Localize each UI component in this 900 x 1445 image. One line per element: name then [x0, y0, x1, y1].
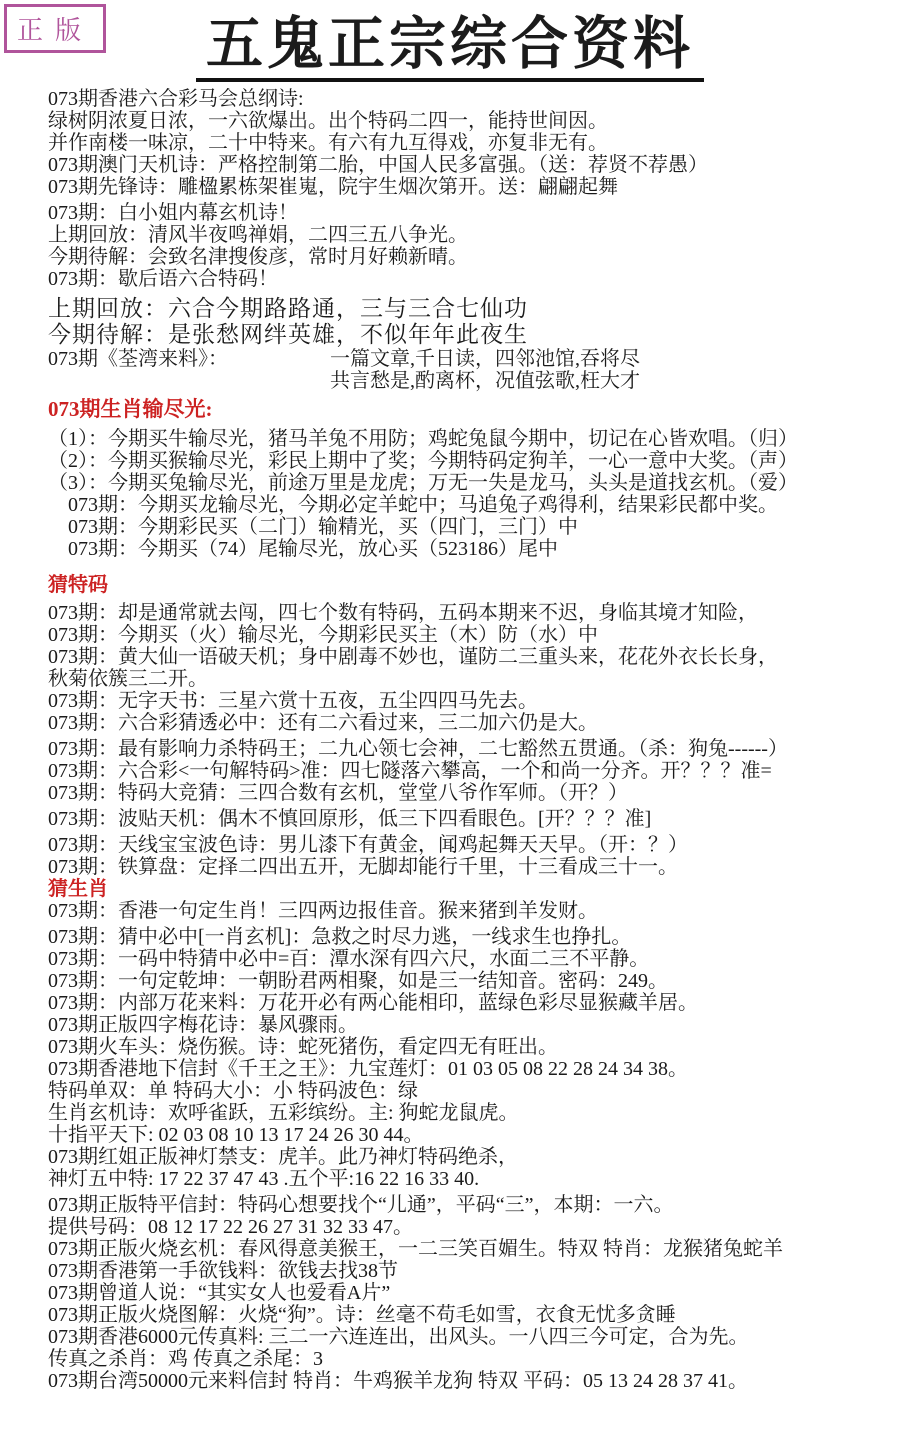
text-line: （2）：今期买猴输尽光，彩民上期中了奖；今期特码定狗羊，一心一意中大奖。（声）	[48, 450, 894, 472]
text-line: 073期：内部万花来料：万花开必有两心能相印，蓝绿色彩尽显猴藏羊居。	[48, 992, 894, 1014]
text-line: 073期香港第一手欲钱料：欲钱去找38节	[48, 1260, 894, 1282]
quanwan-verse: 一篇文章,千日读，四邻池馆,吞将尽	[330, 348, 640, 370]
text-line: 073期：六合彩<一句解特码>准：四七隧落六攀高，一个和尚一分齐。开？？？准=	[48, 760, 894, 782]
text-line: 073期：歇后语六合特码！	[48, 268, 894, 290]
text-line: 073期：无字天书：三星六赏十五夜，五尘四四马先去。	[48, 690, 894, 712]
text-line: 073期：特码大竞猜：三四合数有玄机，堂堂八爷作军师。（开？）	[48, 782, 894, 804]
text-line: 绿树阴浓夏日浓，一六欲爆出。出个特码二四一，能持世间因。	[48, 110, 894, 132]
text-line: 073期红姐正版神灯禁支：虎羊。此乃神灯特码绝杀，	[48, 1146, 894, 1168]
text-line: 秋菊依簇三二开。	[48, 668, 894, 690]
text-line: 传真之杀肖：鸡 传真之杀尾：3	[48, 1348, 894, 1370]
text-line: 073期：一码中特猜中必中=百：潭水深有四六尺，水面二三不平静。	[48, 948, 894, 970]
text-line: 上期回放：六合今期路路通，三与三合七仙功	[48, 296, 894, 322]
quanwan-laoliao-line: 073期《荃湾来料》：一篇文章,千日读，四邻池馆,吞将尽共言愁是,酌离杯，况值弦…	[48, 348, 894, 392]
text-line: 073期：六合彩猜透必中：还有二六看过来，三二加六仍是大。	[48, 712, 894, 734]
text-line: 073期香港6000元传真料: 三二一六连连出，出风头。一八四三今可定，合为先。	[48, 1326, 894, 1348]
text-line: 今期待解：是张愁网绊英雄，不似年年此夜生	[48, 322, 894, 348]
text-line: 073期：猜中必中[一肖玄机]：急救之时尽力逃，一线求生也挣扎。	[48, 926, 894, 948]
content-body: 073期香港六合彩马会总纲诗:绿树阴浓夏日浓，一六欲爆出。出个特码二四一，能持世…	[0, 82, 900, 1392]
text-line: 073期先锋诗：雕楹累栋架崔嵬，院宇生烟次第开。送：翩翩起舞	[48, 176, 894, 198]
text-line: （1）：今期买牛输尽光，猪马羊兔不用防；鸡蛇兔鼠今期中，切记在心皆欢唱。（归）	[48, 428, 894, 450]
text-line: 073期：却是通常就去闯，四七个数有特码，五码本期来不迟，身临其境才知险，	[48, 602, 894, 624]
section-heading: 猜特码	[48, 574, 894, 596]
text-line: 073期：铁算盘：定择二四出五开，无脚却能行千里，十三看成三十一。	[48, 856, 894, 878]
text-line: 073期正版四字梅花诗：暴风骤雨。	[48, 1014, 894, 1036]
text-line: 特码单双：单 特码大小：小 特码波色：绿	[48, 1080, 894, 1102]
text-line: 073期：天线宝宝波色诗：男儿漆下有黄金，闻鸡起舞天天早。（开：？）	[48, 834, 894, 856]
quanwan-verse: 共言愁是,酌离杯，况值弦歌,枉大才	[330, 370, 640, 392]
text-line: 073期：今期买龙输尽光，今期必定羊蛇中；马追兔子鸡得利，结果彩民都中奖。	[48, 494, 894, 516]
text-line: 073期：最有影响力杀特码王；二九心领七会神，二七豁然五贯通。（杀：狗兔----…	[48, 738, 894, 760]
text-line: 073期曾道人说：“其实女人也爱看A片”	[48, 1282, 894, 1304]
text-line: 并作南楼一味凉，二十中特来。有六有九互得戏，亦复非无有。	[48, 132, 894, 154]
text-line: 073期：今期买（74）尾输尽光，放心买（523186）尾中	[48, 538, 894, 560]
text-line: 生肖玄机诗：欢呼雀跃，五彩缤纷。主: 狗蛇龙鼠虎。	[48, 1102, 894, 1124]
text-line: 提供号码：08 12 17 22 26 27 31 32 33 47。	[48, 1216, 894, 1238]
text-line: 073期：白小姐内幕玄机诗！	[48, 202, 894, 224]
text-line: 073期正版特平信封：特码心想要找个“儿通”，平码“三”，本期：一六。	[48, 1194, 894, 1216]
quanwan-verses: 一篇文章,千日读，四邻池馆,吞将尽共言愁是,酌离杯，况值弦歌,枉大才	[330, 348, 640, 392]
text-line: 073期火车头：烧伤猴。诗：蛇死猪伤，看定四无有旺出。	[48, 1036, 894, 1058]
section-heading: 073期生肖输尽光:	[48, 398, 894, 420]
text-line: 073期：波贴天机：偶木不慎回原形，低三下四看眼色。[开？？？准]	[48, 808, 894, 830]
text-line: 073期正版火烧玄机：春风得意美猴王，一二三笑百媚生。特双 特肖：龙猴猪兔蛇羊	[48, 1238, 894, 1260]
authentic-badge: 正版	[4, 4, 106, 53]
page-title: 五鬼正宗综合资料	[196, 14, 704, 82]
text-line: 今期待解：会致名津搜俊彦，常时月好赖新晴。	[48, 246, 894, 268]
title-wrap: 五鬼正宗综合资料	[0, 0, 900, 82]
text-line: 073期：一句定乾坤：一朝盼君两相聚，如是三一结知音。密码：249。	[48, 970, 894, 992]
text-line: 073期：今期彩民买（二门）输精光，买（四门，三门）中	[48, 516, 894, 538]
text-line: 073期：黄大仙一语破天机；身中剧毒不妙也，谨防二三重头来，花花外衣长长身，	[48, 646, 894, 668]
text-line: 073期香港地下信封《千王之王》：九宝莲灯：01 03 05 08 22 28 …	[48, 1058, 894, 1080]
page: 正版 五鬼正宗综合资料 073期香港六合彩马会总纲诗:绿树阴浓夏日浓，一六欲爆出…	[0, 0, 900, 1445]
quanwan-label: 073期《荃湾来料》：	[48, 348, 330, 370]
text-line: 073期香港六合彩马会总纲诗:	[48, 88, 894, 110]
text-line: 073期：今期买（火）输尽光，今期彩民买主（木）防（水）中	[48, 624, 894, 646]
text-line: 上期回放：清风半夜鸣禅娟，二四三五八争光。	[48, 224, 894, 246]
text-line: 073期澳门天机诗：严格控制第二胎，中国人民多富强。（送：荐贤不荐愚）	[48, 154, 894, 176]
text-line: 073期台湾50000元来料信封 特肖：牛鸡猴羊龙狗 特双 平码：05 13 2…	[48, 1370, 894, 1392]
text-line: （3）：今期买兔输尽光，前途万里是龙虎；万无一失是龙马，头头是道找玄机。（爱）	[48, 472, 894, 494]
text-line: 073期正版火烧图解：火烧“狗”。诗：丝毫不苟毛如雪，衣食无忧多贪睡	[48, 1304, 894, 1326]
text-line: 十指平天下: 02 03 08 10 13 17 24 26 30 44。	[48, 1124, 894, 1146]
text-line: 073期：香港一句定生肖！三四两边报佳音。猴来猪到羊发财。	[48, 900, 894, 922]
text-line: 神灯五中特: 17 22 37 47 43 .五个平:16 22 16 33 4…	[48, 1168, 894, 1190]
section-heading: 猜生肖	[48, 878, 894, 900]
